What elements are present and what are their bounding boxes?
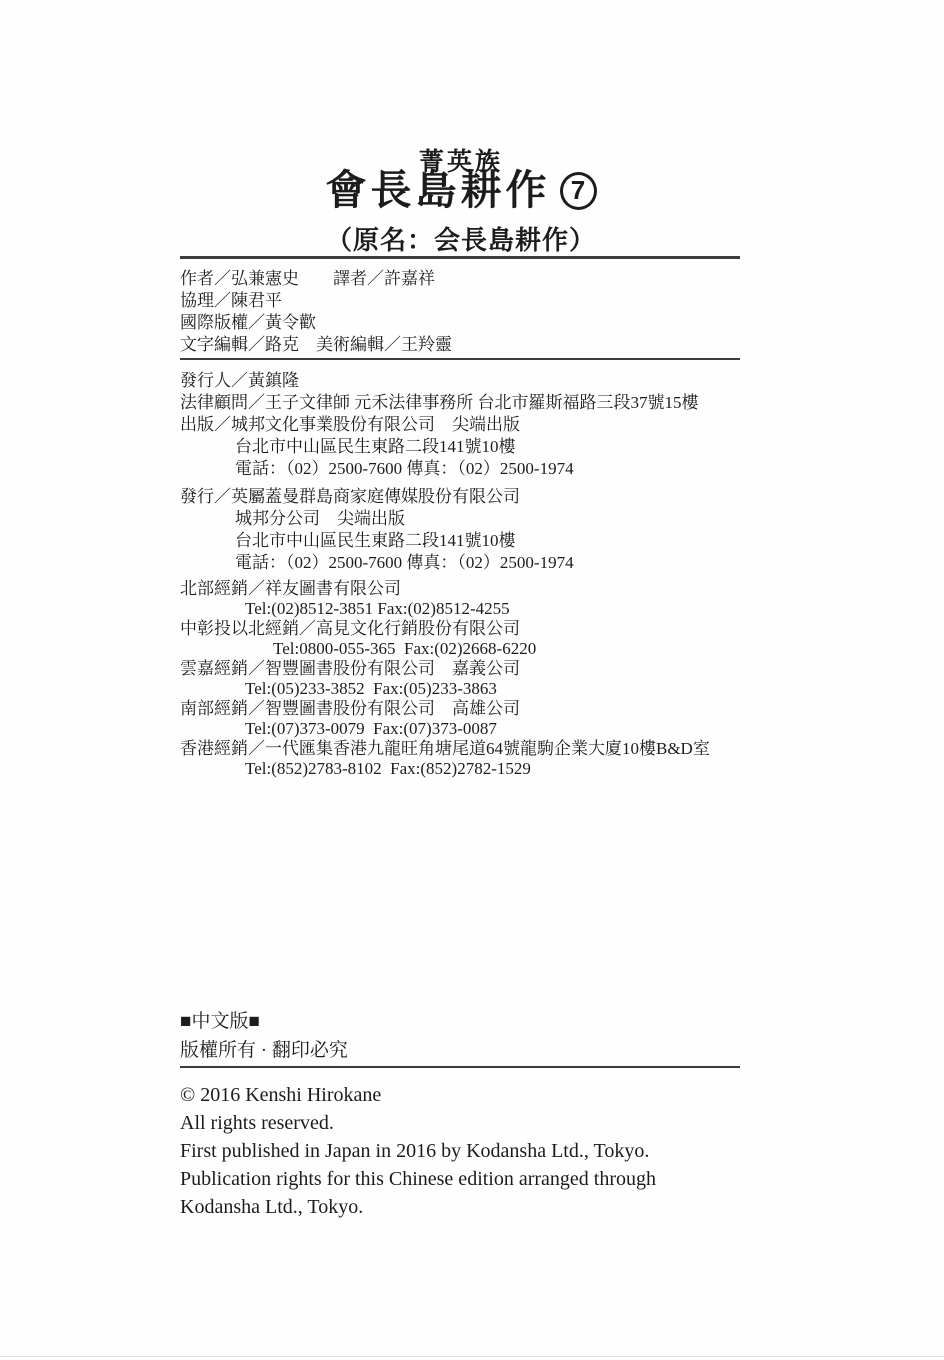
- publisher-line-address: 台北市中山區民生東路二段141號10樓: [180, 436, 742, 458]
- staff-credits-block: 作者／弘兼憲史 譯者／許嘉祥 協理／陳君平 國際版權／黃令歡 文字編輯／路克 美…: [180, 268, 742, 356]
- distributor-hongkong-phone: Tel:(852)2783-8102 Fax:(852)2782-1529: [180, 759, 742, 779]
- distributor-south-name: 南部經銷／智豐圖書股份有限公司 高雄公司: [180, 699, 742, 719]
- distributor-yunjia-phone: Tel:(05)233-3852 Fax:(05)233-3863: [180, 679, 742, 699]
- issuer-block: 發行／英屬蓋曼群島商家庭傳媒股份有限公司 城邦分公司 尖端出版 台北市中山區民生…: [180, 486, 742, 574]
- colophon-page: 菁英族 會長島耕作 7 （原名：会長島耕作） 作者／弘兼憲史 譯者／許嘉祥 協理…: [0, 0, 944, 1360]
- publisher-line-legal: 法律顧問／王子文律師 元禾法律事務所 台北市羅斯福路三段37號15樓: [180, 392, 742, 414]
- divider-rule-bottom: [180, 1066, 740, 1068]
- distributor-central-phone: Tel:0800-055-365 Fax:(02)2668-6220: [180, 639, 742, 659]
- copyright-block: © 2016 Kenshi Hirokane All rights reserv…: [180, 1081, 742, 1221]
- publisher-line-company: 出版／城邦文化事業股份有限公司 尖端出版: [180, 414, 742, 436]
- volume-number: 7: [571, 177, 585, 203]
- issuer-line-phone-fax: 電話：（02）2500-7600 傳真：（02）2500-1974: [180, 552, 742, 574]
- chinese-edition-label: ■中文版■: [180, 1007, 742, 1036]
- copyright-line-rights: All rights reserved.: [180, 1109, 742, 1137]
- divider-rule-top: [180, 256, 740, 259]
- divider-rule-middle: [180, 358, 740, 360]
- copyright-line-owner: © 2016 Kenshi Hirokane: [180, 1081, 742, 1109]
- issuer-line-company: 發行／英屬蓋曼群島商家庭傳媒股份有限公司: [180, 486, 742, 508]
- copyright-line-first-published: First published in Japan in 2016 by Koda…: [180, 1137, 742, 1165]
- credit-line-coordinator: 協理／陳君平: [180, 290, 742, 312]
- chinese-edition-block: ■中文版■ 版權所有 · 翻印必究: [180, 1007, 742, 1065]
- distributor-south-phone: Tel:(07)373-0079 Fax:(07)373-0087: [180, 719, 742, 739]
- publisher-line-issuer-name: 發行人／黃鎮隆: [180, 370, 742, 392]
- credit-line-editors: 文字編輯／路克 美術編輯／王羚靈: [180, 334, 742, 356]
- original-title: （原名：会長島耕作）: [180, 220, 742, 257]
- issuer-line-branch: 城邦分公司 尖端出版: [180, 508, 742, 530]
- credit-line-author-translator: 作者／弘兼憲史 譯者／許嘉祥: [180, 268, 742, 290]
- distributor-hongkong-name: 香港經銷／一代匯集香港九龍旺角塘尾道64號龍駒企業大廈10樓B&D室: [180, 739, 742, 759]
- distribution-block: 北部經銷／祥友圖書有限公司 Tel:(02)8512-3851 Fax:(02)…: [180, 579, 742, 779]
- volume-number-badge: 7: [560, 172, 597, 210]
- distributor-north-phone: Tel:(02)8512-3851 Fax:(02)8512-4255: [180, 599, 742, 619]
- page-bottom-edge: [0, 1356, 944, 1357]
- copyright-line-arranged-1: Publication rights for this Chinese edit…: [180, 1165, 742, 1193]
- book-title: 會長島耕作: [326, 168, 551, 213]
- distributor-central-name: 中彰投以北經銷／高見文化行銷股份有限公司: [180, 619, 742, 639]
- publication-block: 發行人／黃鎮隆 法律顧問／王子文律師 元禾法律事務所 台北市羅斯福路三段37號1…: [180, 370, 742, 480]
- credit-line-international-rights: 國際版權／黃令歡: [180, 312, 742, 334]
- publisher-line-phone-fax: 電話：（02）2500-7600 傳真：（02）2500-1974: [180, 458, 742, 480]
- distributor-yunjia-name: 雲嘉經銷／智豐圖書股份有限公司 嘉義公司: [180, 659, 742, 679]
- distributor-north-name: 北部經銷／祥友圖書有限公司: [180, 579, 742, 599]
- issuer-line-address: 台北市中山區民生東路二段141號10樓: [180, 530, 742, 552]
- rights-reserved-notice: 版權所有 · 翻印必究: [180, 1036, 742, 1065]
- book-title-row: 會長島耕作 7: [180, 168, 742, 213]
- copyright-line-arranged-2: Kodansha Ltd., Tokyo.: [180, 1193, 742, 1221]
